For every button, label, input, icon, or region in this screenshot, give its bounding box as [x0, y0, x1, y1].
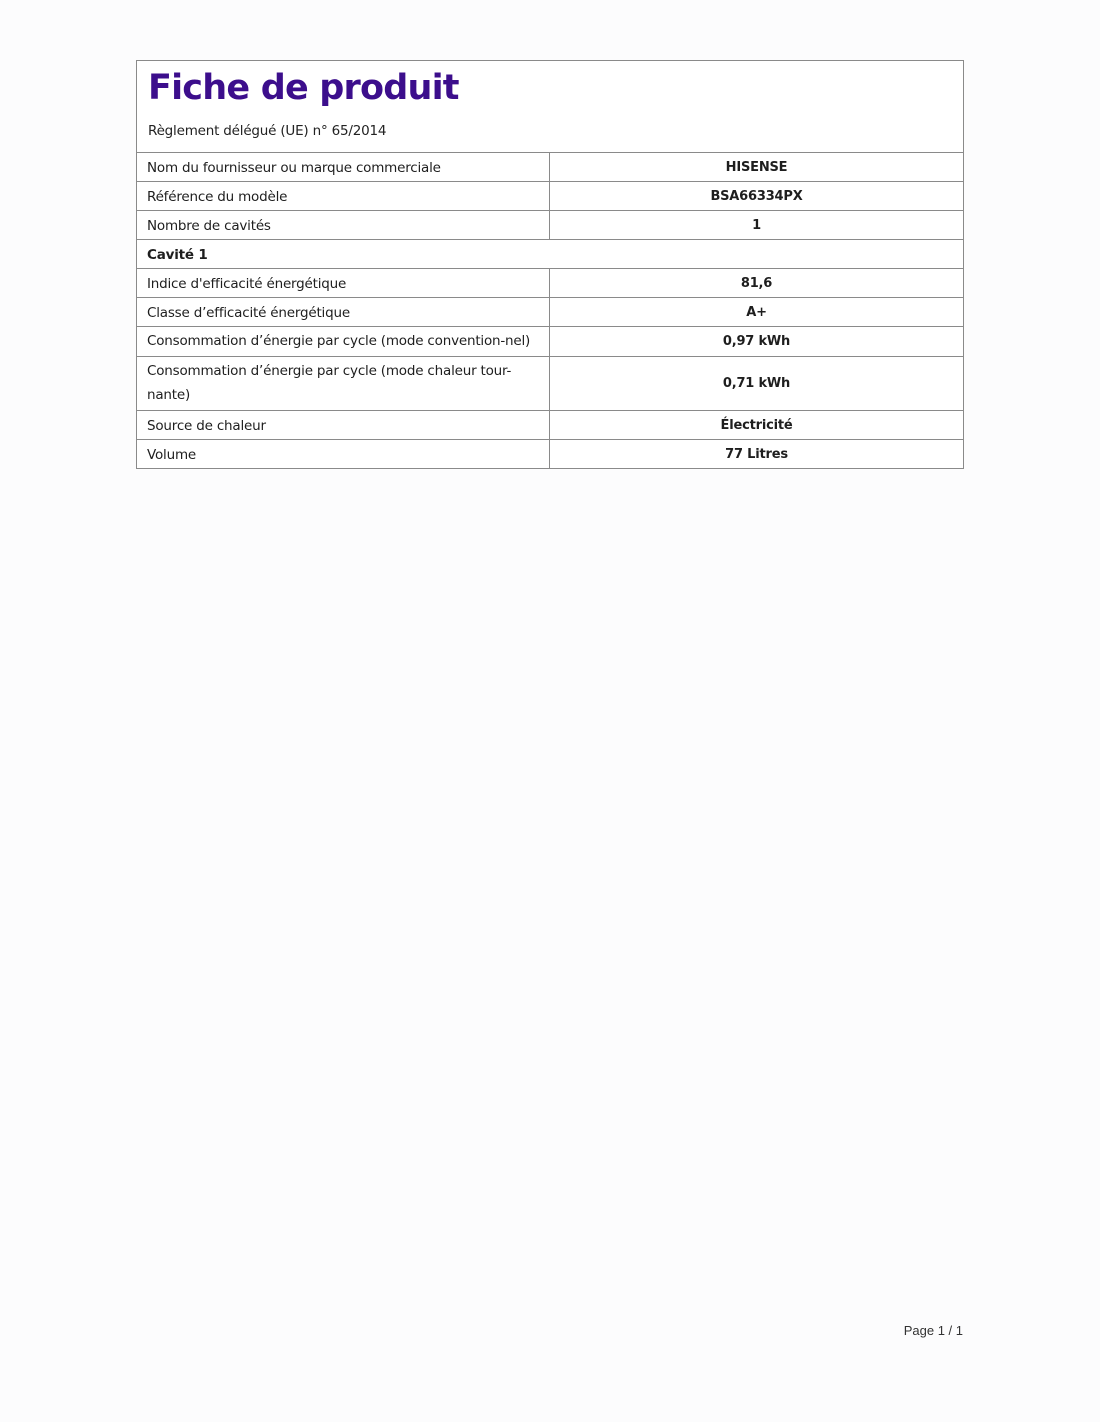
- row-value: 0,71 kWh: [550, 357, 964, 411]
- row-label: Classe d’efficacité énergétique: [137, 298, 550, 327]
- row-value: 81,6: [550, 269, 964, 298]
- table-row-efficiency-class: Classe d’efficacité énergétique A+: [137, 298, 963, 327]
- row-label: Volume: [137, 440, 550, 469]
- row-label: Source de chaleur: [137, 411, 550, 440]
- product-info-table: Nom du fournisseur ou marque commerciale…: [137, 153, 963, 468]
- table-row-cavities: Nombre de cavités 1: [137, 211, 963, 240]
- row-label: Nom du fournisseur ou marque commerciale: [137, 153, 550, 182]
- regulation-subtitle: Règlement délégué (UE) n° 65/2014: [148, 121, 386, 141]
- row-label: Consommation d’énergie par cycle (mode c…: [137, 357, 550, 411]
- row-value: 0,97 kWh: [550, 327, 964, 357]
- table-row-heat-source: Source de chaleur Électricité: [137, 411, 963, 440]
- row-value: Électricité: [550, 411, 964, 440]
- table-row-efficiency-index: Indice d'efficacité énergétique 81,6: [137, 269, 963, 298]
- table-section-cavity-1: Cavité 1: [137, 240, 963, 269]
- row-label: Référence du modèle: [137, 182, 550, 211]
- table-row-consumption-fan: Consommation d’énergie par cycle (mode c…: [137, 357, 963, 411]
- row-value: 77 Litres: [550, 440, 964, 469]
- row-value: BSA66334PX: [550, 182, 964, 211]
- row-value: 1: [550, 211, 964, 240]
- page-title: Fiche de produit: [148, 64, 459, 112]
- row-value: HISENSE: [550, 153, 964, 182]
- row-label: Consommation d’énergie par cycle (mode c…: [137, 327, 550, 357]
- table-row-consumption-conventional: Consommation d’énergie par cycle (mode c…: [137, 327, 963, 357]
- section-heading: Cavité 1: [137, 240, 963, 269]
- product-sheet: Fiche de produit Règlement délégué (UE) …: [136, 60, 964, 469]
- page-indicator: Page 1 / 1: [880, 1323, 963, 1338]
- table-row-model: Référence du modèle BSA66334PX: [137, 182, 963, 211]
- table-row-supplier: Nom du fournisseur ou marque commerciale…: [137, 153, 963, 182]
- row-value: A+: [550, 298, 964, 327]
- sheet-header: Fiche de produit Règlement délégué (UE) …: [137, 61, 963, 153]
- row-label: Nombre de cavités: [137, 211, 550, 240]
- table-row-volume: Volume 77 Litres: [137, 440, 963, 469]
- row-label: Indice d'efficacité énergétique: [137, 269, 550, 298]
